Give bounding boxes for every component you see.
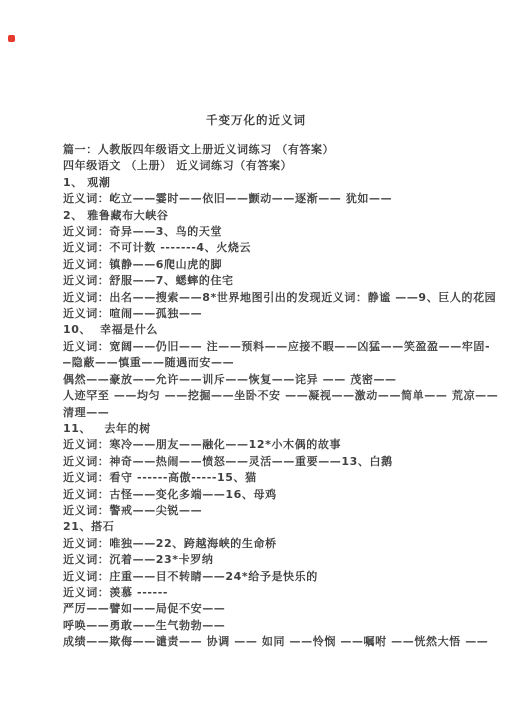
document-line: 近义词：看守 ------高傲-----15、猫 [63,470,512,486]
document-line: 隙——隐蔽——慎重——随遇而安—— [63,355,512,371]
document-line: 严厉——譬如——局促不安—— [63,601,512,617]
document-title: 千变万化的近义词 [0,112,512,128]
document-line: 清理—— [63,405,512,421]
document-page: 千变万化的近义词 篇一：人教版四年级语文上册近义词练习 （有答案）四年级语文 （… [0,0,512,725]
document-line: 10、 幸福是什么 [63,322,512,338]
document-line: 近义词：喧闹——孤独—— [63,306,512,322]
document-line: 偶然——豪放——允许——训斥——恢复——诧异 —— 茂密—— [63,372,512,388]
document-line: 近义词：古怪——变化多端——16、母鸡 [63,487,512,503]
document-line: 人迹罕至 ——均匀 ——挖掘——坐卧不安 ——凝视——激动——简单—— 荒凉—— [63,388,512,404]
document-line: 近义词：屹立——霎时——依旧——颤动——逐渐—— 犹如—— [63,191,512,207]
document-line: 篇一：人教版四年级语文上册近义词练习 （有答案） [63,142,512,158]
document-line: 近义词：不可计数 -------4、火烧云 [63,240,512,256]
document-line: 11、 去年的树 [63,421,512,437]
document-line: 2、 雅鲁藏布大峡谷 [63,208,512,224]
document-line: 近义词：舒服——7、蟋蟀的住宅 [63,273,512,289]
document-line: 近义词：警戒——尖锐—— [63,503,512,519]
document-line: 四年级语文 （上册） 近义词练习（有答案） [63,158,512,174]
document-line: 1、 观潮 [63,175,512,191]
document-line: 成绩——欺侮——谴责—— 协调 —— 如同 ——怜悯 ——嘱咐 ——恍然大悟 —… [63,634,512,650]
document-body: 篇一：人教版四年级语文上册近义词练习 （有答案）四年级语文 （上册） 近义词练习… [63,142,512,651]
document-line: 近义词：羡慕 ------ [63,585,512,601]
recording-dot-icon [8,35,15,42]
document-line: 近义词：镇静——6爬山虎的脚 [63,257,512,273]
document-line: 近义词：庄重——目不转睛——24*给予是快乐的 [63,569,512,585]
document-line: 近义词：寒冷——朋友——融化——12*小木偶的故事 [63,437,512,453]
document-line: 近义词：出名——搜索——8*世界地图引出的发现近义词：静谧 ——9、巨人的花园 [63,290,512,306]
document-line: 近义词：宽阔——仍旧—— 注——预料——应接不暇——凶猛——笑盈盈——牢固- [63,339,512,355]
document-line: 呼唤——勇敢——生气勃勃—— [63,618,512,634]
document-line: 近义词：神奇——热闹——愤怒——灵活——重要——13、白鹅 [63,454,512,470]
document-line: 近义词：沉着——23*卡罗纳 [63,552,512,568]
document-line: 近义词：唯独——22、跨越海峡的生命桥 [63,536,512,552]
document-line: 近义词：奇异——3、鸟的天堂 [63,224,512,240]
document-line: 21、搭石 [63,519,512,535]
